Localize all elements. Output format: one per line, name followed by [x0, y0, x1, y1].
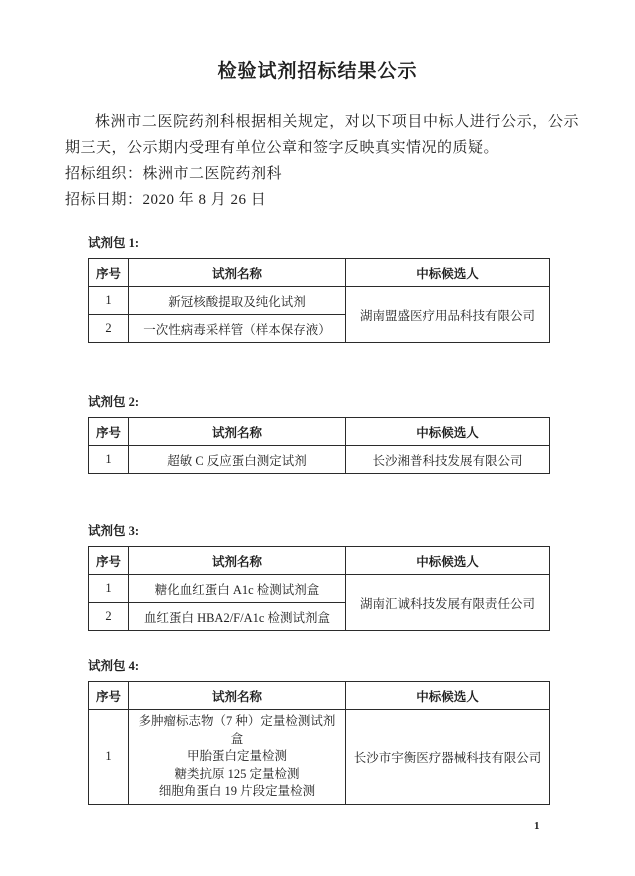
- winner-name: 长沙市宇衡医疗器械科技有限公司: [346, 710, 550, 805]
- table-header-row: 序号 试剂名称 中标候选人: [89, 259, 550, 287]
- package-2-section: 试剂包 2: 序号 试剂名称 中标候选人 1 超敏 C 反应蛋白测定试剂 长沙湘…: [88, 395, 549, 474]
- package-4-table: 序号 试剂名称 中标候选人 1 多肿瘤标志物（7 种）定量检测试剂盒 甲胎蛋白定…: [88, 681, 550, 805]
- package-3-section: 试剂包 3: 序号 试剂名称 中标候选人 1 糖化血红蛋白 A1c 检测试剂盒 …: [88, 524, 549, 631]
- col-header-reagent-name: 试剂名称: [129, 682, 346, 710]
- reagent-name: 超敏 C 反应蛋白测定试剂: [129, 446, 346, 474]
- col-header-winner: 中标候选人: [346, 418, 550, 446]
- row-index: 1: [89, 710, 129, 805]
- intro-paragraph: 株洲市二医院药剂科根据相关规定，对以下项目中标人进行公示，公示期三天，公示期内受…: [65, 109, 579, 161]
- row-index: 1: [89, 575, 129, 603]
- col-header-reagent-name: 试剂名称: [129, 547, 346, 575]
- table-header-row: 序号 试剂名称 中标候选人: [89, 682, 550, 710]
- date-line: 招标日期：2020 年 8 月 26 日: [65, 187, 579, 213]
- winner-name: 长沙湘普科技发展有限公司: [346, 446, 550, 474]
- winner-name: 湖南盟盛医疗用品科技有限公司: [346, 287, 550, 343]
- col-header-reagent-name: 试剂名称: [129, 418, 346, 446]
- table-header-row: 序号 试剂名称 中标候选人: [89, 418, 550, 446]
- row-index: 2: [89, 315, 129, 343]
- table-row: 1 新冠核酸提取及纯化试剂 湖南盟盛医疗用品科技有限公司: [89, 287, 550, 315]
- page-number: 1: [534, 820, 540, 832]
- winner-name: 湖南汇诚科技发展有限责任公司: [346, 575, 550, 631]
- package-1-label: 试剂包 1:: [88, 236, 549, 251]
- reagent-name: 一次性病毒采样管（样本保存液）: [129, 315, 346, 343]
- row-index: 1: [89, 287, 129, 315]
- reagent-name: 新冠核酸提取及纯化试剂: [129, 287, 346, 315]
- col-header-index: 序号: [89, 418, 129, 446]
- col-header-index: 序号: [89, 259, 129, 287]
- package-2-label: 试剂包 2:: [88, 395, 549, 410]
- package-1-table: 序号 试剂名称 中标候选人 1 新冠核酸提取及纯化试剂 湖南盟盛医疗用品科技有限…: [88, 258, 550, 343]
- package-1-section: 试剂包 1: 序号 试剂名称 中标候选人 1 新冠核酸提取及纯化试剂 湖南盟盛医…: [88, 236, 549, 343]
- col-header-winner: 中标候选人: [346, 682, 550, 710]
- row-index: 1: [89, 446, 129, 474]
- row-index: 2: [89, 603, 129, 631]
- reagent-name: 糖化血红蛋白 A1c 检测试剂盒: [129, 575, 346, 603]
- intro-block: 株洲市二医院药剂科根据相关规定，对以下项目中标人进行公示，公示期三天，公示期内受…: [65, 109, 579, 213]
- col-header-index: 序号: [89, 682, 129, 710]
- col-header-winner: 中标候选人: [346, 547, 550, 575]
- package-3-table: 序号 试剂名称 中标候选人 1 糖化血红蛋白 A1c 检测试剂盒 湖南汇诚科技发…: [88, 546, 550, 631]
- table-row: 1 多肿瘤标志物（7 种）定量检测试剂盒 甲胎蛋白定量检测 糖类抗原 125 定…: [89, 710, 550, 805]
- page-title: 检验试剂招标结果公示: [0, 0, 635, 83]
- package-2-table: 序号 试剂名称 中标候选人 1 超敏 C 反应蛋白测定试剂 长沙湘普科技发展有限…: [88, 417, 550, 474]
- col-header-winner: 中标候选人: [346, 259, 550, 287]
- table-row: 1 糖化血红蛋白 A1c 检测试剂盒 湖南汇诚科技发展有限责任公司: [89, 575, 550, 603]
- package-4-section: 试剂包 4: 序号 试剂名称 中标候选人 1 多肿瘤标志物（7 种）定量检测试剂…: [88, 659, 549, 805]
- col-header-reagent-name: 试剂名称: [129, 259, 346, 287]
- col-header-index: 序号: [89, 547, 129, 575]
- table-header-row: 序号 试剂名称 中标候选人: [89, 547, 550, 575]
- reagent-name: 血红蛋白 HBA2/F/A1c 检测试剂盒: [129, 603, 346, 631]
- package-3-label: 试剂包 3:: [88, 524, 549, 539]
- package-4-label: 试剂包 4:: [88, 659, 549, 674]
- reagent-name: 多肿瘤标志物（7 种）定量检测试剂盒 甲胎蛋白定量检测 糖类抗原 125 定量检…: [129, 710, 346, 805]
- organizer-line: 招标组织：株洲市二医院药剂科: [65, 161, 579, 187]
- document-page: 检验试剂招标结果公示 株洲市二医院药剂科根据相关规定，对以下项目中标人进行公示，…: [0, 0, 635, 876]
- table-row: 1 超敏 C 反应蛋白测定试剂 长沙湘普科技发展有限公司: [89, 446, 550, 474]
